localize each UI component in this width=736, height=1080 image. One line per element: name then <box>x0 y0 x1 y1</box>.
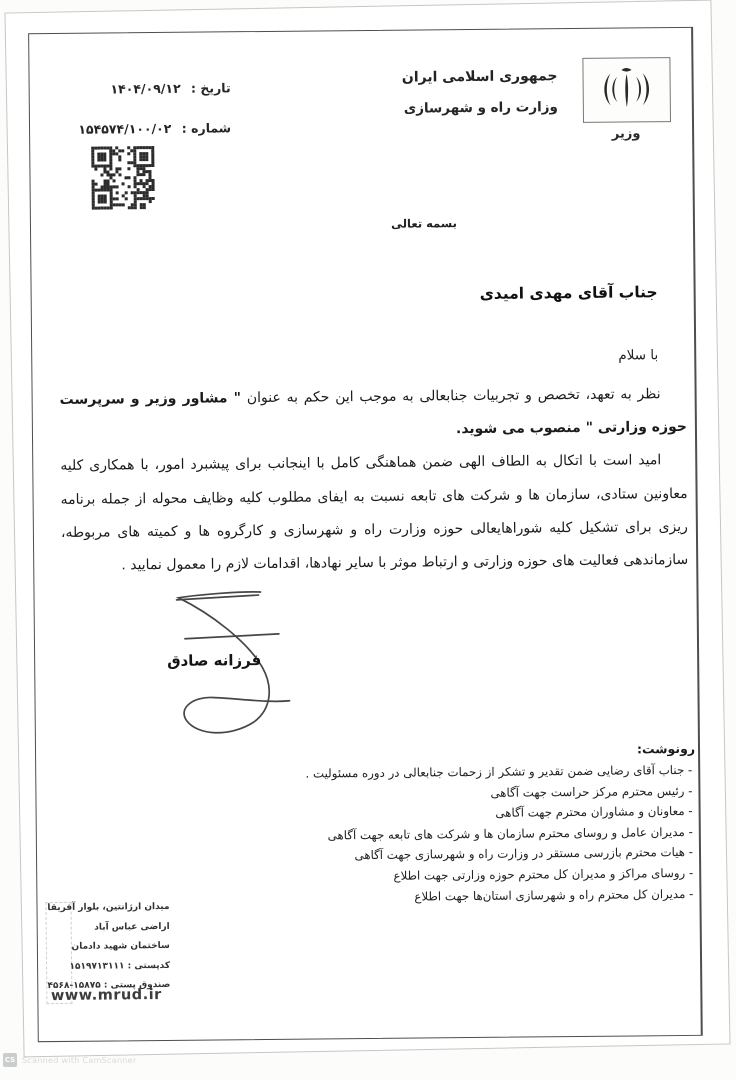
body-paragraph-1: نظر به تعهد، تخصص و تجربیات جنابعالی به … <box>59 378 687 450</box>
letter-sheet: جمهوری اسلامی ایران وزارت راه و شهرسازی … <box>0 0 736 1080</box>
p1-pre: نظر به تعهد، تخصص و تجربیات جنابعالی به … <box>241 386 661 406</box>
signer-name: فرزانه صادق <box>167 651 261 670</box>
number-label: شماره : <box>182 120 231 135</box>
cc-title: رونوشت: <box>637 741 695 757</box>
besmele-text: بسمه تعالی <box>382 216 466 231</box>
number-line: شماره : ۱۵۴۵۷۴/۱۰۰/۰۲ <box>54 120 231 137</box>
camscanner-icon: CS <box>3 1053 17 1067</box>
emblem-box <box>582 57 671 123</box>
header-ministry: وزارت راه و شهرسازی <box>404 99 558 116</box>
number-value: ۱۵۴۵۷۴/۱۰۰/۰۲ <box>78 121 171 137</box>
header-country: جمهوری اسلامی ایران <box>402 68 558 85</box>
address-line: میدان ارژانتین، بلوار آفریقا <box>40 898 169 919</box>
date-value: ۱۴۰۴/۰۹/۱۲ <box>110 81 180 97</box>
cc-list: - جناب آقای رضایی ضمن تقدیر و تشکر از زح… <box>272 760 693 908</box>
body-paragraph-2: امید است با اتکال به الطاف الهی ضمن هماه… <box>60 444 688 583</box>
header-role-minister: وزیر <box>583 126 669 142</box>
scanned-letter-page: { "header": { "country": "جمهوری اسلامی … <box>0 0 736 1080</box>
iran-emblem-icon <box>599 63 654 118</box>
p1-post: منصوب می شوید. <box>456 420 586 437</box>
cc-item: - مدیران کل محترم راه و شهرسازی استان‌ها… <box>273 883 693 908</box>
camscanner-text: Scanned with CamScanner <box>22 1056 137 1065</box>
footer-address-block: میدان ارژانتین، بلوار آفریقا اراضی عباس … <box>40 898 170 997</box>
address-line: اراضی عباس آباد <box>41 918 170 939</box>
footer-website: www.mrud.ir <box>41 987 171 1004</box>
postal-code-line: کدپستی : ۱۵۱۹۷۱۳۱۱۱ <box>41 957 170 978</box>
salutation-text: با سلام <box>618 347 658 363</box>
camscanner-watermark: CS Scanned with CamScanner <box>3 1052 137 1068</box>
date-line: تاریخ : ۱۴۰۴/۰۹/۱۲ <box>76 80 231 96</box>
addressee-name: جناب آقای مهدی امیدی <box>480 283 658 303</box>
letter-body: نظر به تعهد، تخصص و تجربیات جنابعالی به … <box>59 378 688 583</box>
qr-code <box>91 146 155 210</box>
date-label: تاریخ : <box>191 80 231 95</box>
address-line: ساختمان شهید دادمان <box>41 937 170 958</box>
